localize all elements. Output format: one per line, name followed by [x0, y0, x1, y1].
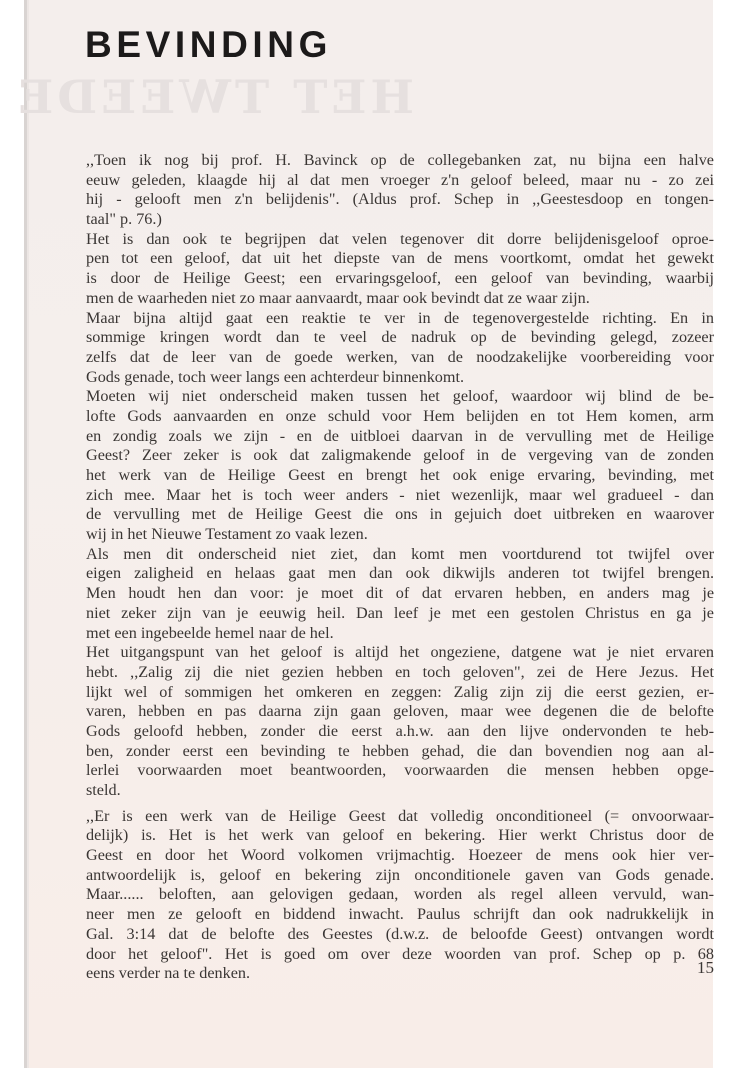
text-line: Geest? Zeer zeker is ook dat zaligmakend…: [86, 446, 714, 466]
text-line: zelfs dat de leer van de goede werken, v…: [86, 348, 714, 368]
text-line: lijkt wel of sommigen het omkeren en zeg…: [86, 683, 714, 703]
paragraph: Het is dan ook te begrijpen dat velen te…: [86, 230, 714, 309]
paragraph: Het uitgangspunt van het geloof is altij…: [86, 643, 714, 801]
paragraph: Als men dit onderscheid niet ziet, dan k…: [86, 545, 714, 643]
text-line: lerlei voorwaarden moet beantwoorden, vo…: [86, 761, 714, 781]
text-line: Als men dit onderscheid niet ziet, dan k…: [86, 545, 714, 565]
text-line: en zondig zoals we zijn - en de uitbloei…: [86, 427, 714, 447]
text-line: is door de Heilige Geest; een ervaringsg…: [86, 269, 714, 289]
paragraph: Maar bijna altijd gaat een reaktie te ve…: [86, 309, 714, 388]
text-line: zich mee. Maar het is toch weer anders -…: [86, 486, 714, 506]
paragraph: Moeten wij niet onderscheid maken tussen…: [86, 387, 714, 545]
text-line: delijk) is. Het is het werk van geloof e…: [86, 826, 714, 846]
text-line: sommige kringen wordt dan te veel de nad…: [86, 328, 714, 348]
text-line: neer men ze gelooft en biddend inwacht. …: [86, 905, 714, 925]
text-line: lofte Gods aanvaarden en onze schuld voo…: [86, 407, 714, 427]
text-line: ,,Er is een werk van de Heilige Geest da…: [86, 807, 714, 827]
text-line: men de waarheden niet zo maar aanvaardt,…: [86, 289, 714, 309]
text-line: Moeten wij niet onderscheid maken tussen…: [86, 387, 714, 407]
text-line: Gods genade, toch weer langs een achterd…: [86, 368, 714, 388]
book-page: HET TWEEDE BEVINDING ,,Toen ik nog bij p…: [24, 0, 713, 1068]
text-line: Het is dan ook te begrijpen dat velen te…: [86, 230, 714, 250]
text-line: pen tot een geloof, dat uit het diepste …: [86, 249, 714, 269]
text-line: Geest en door het Woord volkomen vrijmac…: [86, 846, 714, 866]
paragraph: ,,Er is een werk van de Heilige Geest da…: [86, 807, 714, 984]
text-line: hebt. ,,Zalig zij die niet gezien hebben…: [86, 663, 714, 683]
text-line: het werk van de Heilige Geest en brengt …: [86, 466, 714, 486]
text-line: taal" p. 76.): [86, 210, 714, 230]
text-line: Gods geloofd hebben, zonder die eerst a.…: [86, 722, 714, 742]
text-line: ben, zonder eerst een bevinding te hebbe…: [86, 742, 714, 762]
paragraph: ,,Toen ik nog bij prof. H. Bavinck op de…: [86, 151, 714, 230]
text-line: Maar bijna altijd gaat een reaktie te ve…: [86, 309, 714, 329]
text-line: steld.: [86, 781, 714, 801]
text-line: ,,Toen ik nog bij prof. H. Bavinck op de…: [86, 151, 714, 171]
text-line: antwoordelijk is, geloof en bekering zij…: [86, 866, 714, 886]
text-line: eigen zaligheid en helaas gaat men dan o…: [86, 564, 714, 584]
text-line: Het uitgangspunt van het geloof is altij…: [86, 643, 714, 663]
page-title: BEVINDING: [85, 26, 332, 63]
text-line: Men houdt hen dan voor: je moet dit of d…: [86, 584, 714, 604]
text-line: Gal. 3:14 dat de belofte des Geestes (d.…: [86, 925, 714, 945]
text-line: Maar...... beloften, aan gelovigen gedaa…: [86, 885, 714, 905]
text-line: niet zeker zijn van je eeuwig heil. Dan …: [86, 604, 714, 624]
bleed-through-heading: HET TWEEDE: [14, 70, 414, 124]
text-line: de vervulling met de Heilige Geest die o…: [86, 505, 714, 525]
text-line: eens verder na te denken.: [86, 964, 714, 984]
text-line: wij in het Nieuwe Testament zo vaak leze…: [86, 525, 714, 545]
text-line: varen, hebben en pas daarna zijn gaan ge…: [86, 702, 714, 722]
text-line: hij - gelooft men z'n belijdenis". (Aldu…: [86, 190, 714, 210]
text-line: eeuw geleden, klaagde hij al dat men vro…: [86, 171, 714, 191]
article-body: ,,Toen ik nog bij prof. H. Bavinck op de…: [86, 151, 714, 984]
text-line: door het geloof". Het is goed om over de…: [86, 945, 714, 965]
text-line: met een ingebeelde hemel naar de hel.: [86, 624, 714, 644]
page-number: 15: [684, 958, 714, 978]
